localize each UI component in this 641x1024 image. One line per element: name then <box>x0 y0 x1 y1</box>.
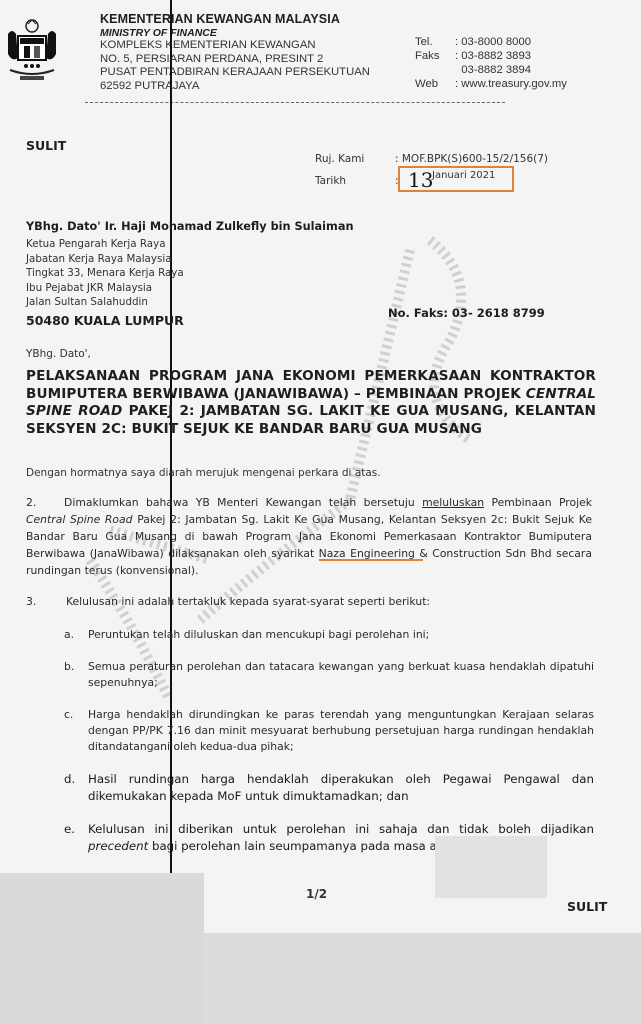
ministry-name: KEMENTERIAN KEWANGAN MALAYSIA <box>100 12 340 26</box>
recipient-city: 50480 KUALA LUMPUR <box>26 313 184 328</box>
recipient-name: YBhg. Dato' Ir. Haji Mohamad Zulkefly bi… <box>26 220 354 233</box>
recipient-address: Ketua Pengarah Kerja Raya Jabatan Kerja … <box>26 237 184 310</box>
date-month-year: Januari 2021 <box>432 170 495 181</box>
contact-fax: Faks: 03-8882 3893 <box>415 49 567 63</box>
redaction-patch <box>204 933 641 1024</box>
recipient-line: Jabatan Kerja Raya Malaysia <box>26 252 184 267</box>
condition-item: a.Peruntukan telah diluluskan dan mencuk… <box>64 627 594 643</box>
coat-of-arms-logo <box>4 14 60 86</box>
address-line: KOMPLEKS KEMENTERIAN KEWANGAN <box>100 39 370 53</box>
paragraph-3: 3.Kelulusan ini adalah tertakluk kepada … <box>26 595 430 608</box>
recipient-line: Ketua Pengarah Kerja Raya <box>26 237 184 252</box>
address-line: NO. 5, PERSIARAN PERDANA, PRESINT 2 <box>100 53 370 67</box>
redaction-patch <box>435 836 547 898</box>
recipient-line: Tingkat 33, Menara Kerja Raya <box>26 266 184 281</box>
conditions-list: a.Peruntukan telah diluluskan dan mencuk… <box>64 627 594 871</box>
paragraph-2: 2.Dimaklumkan bahawa YB Menteri Kewangan… <box>26 494 592 579</box>
company-highlight-underline <box>319 559 423 561</box>
ministry-contact: Tel.: 03-8000 8000 Faks: 03-8882 3893 03… <box>415 35 567 91</box>
date-day-handwritten: 13 <box>408 168 433 192</box>
recipient-fax: No. Faks: 03- 2618 8799 <box>388 306 545 320</box>
ministry-address: KOMPLEKS KEMENTERIAN KEWANGAN NO. 5, PER… <box>100 39 370 93</box>
classification-label-bottom: SULIT <box>567 899 607 914</box>
malaysia-coat-of-arms-icon <box>4 14 60 86</box>
recipient-line: Jalan Sultan Salahuddin <box>26 295 184 310</box>
classification-label-top: SULIT <box>26 138 66 153</box>
contact-web: Web: www.treasury.gov.my <box>415 77 567 91</box>
address-line: 62592 PUTRAJAYA <box>100 80 370 94</box>
contact-tel: Tel.: 03-8000 8000 <box>415 35 567 49</box>
salutation: YBhg. Dato', <box>26 348 91 360</box>
letterhead-divider <box>85 102 505 103</box>
ministry-name-english: MINISTRY OF FINANCE <box>100 27 217 39</box>
letter-subject: PELAKSANAAN PROGRAM JANA EKONOMI PEMERKA… <box>26 368 596 438</box>
condition-item: b.Semua peraturan perolehan dan tatacara… <box>64 659 594 691</box>
contact-fax-2: 03-8882 3894 <box>415 63 567 77</box>
redaction-patch <box>0 873 204 1024</box>
address-line: PUSAT PENTADBIRAN KERAJAAN PERSEKUTUAN <box>100 66 370 80</box>
paragraph-1: Dengan hormatnya saya diarah merujuk men… <box>26 467 381 479</box>
condition-item: c.Harga hendaklah dirundingkan ke paras … <box>64 707 594 755</box>
page-number: 1/2 <box>306 887 327 901</box>
condition-item: d.Hasil rundingan harga hendaklah dipera… <box>64 771 594 805</box>
recipient-line: Ibu Pejabat JKR Malaysia <box>26 281 184 296</box>
